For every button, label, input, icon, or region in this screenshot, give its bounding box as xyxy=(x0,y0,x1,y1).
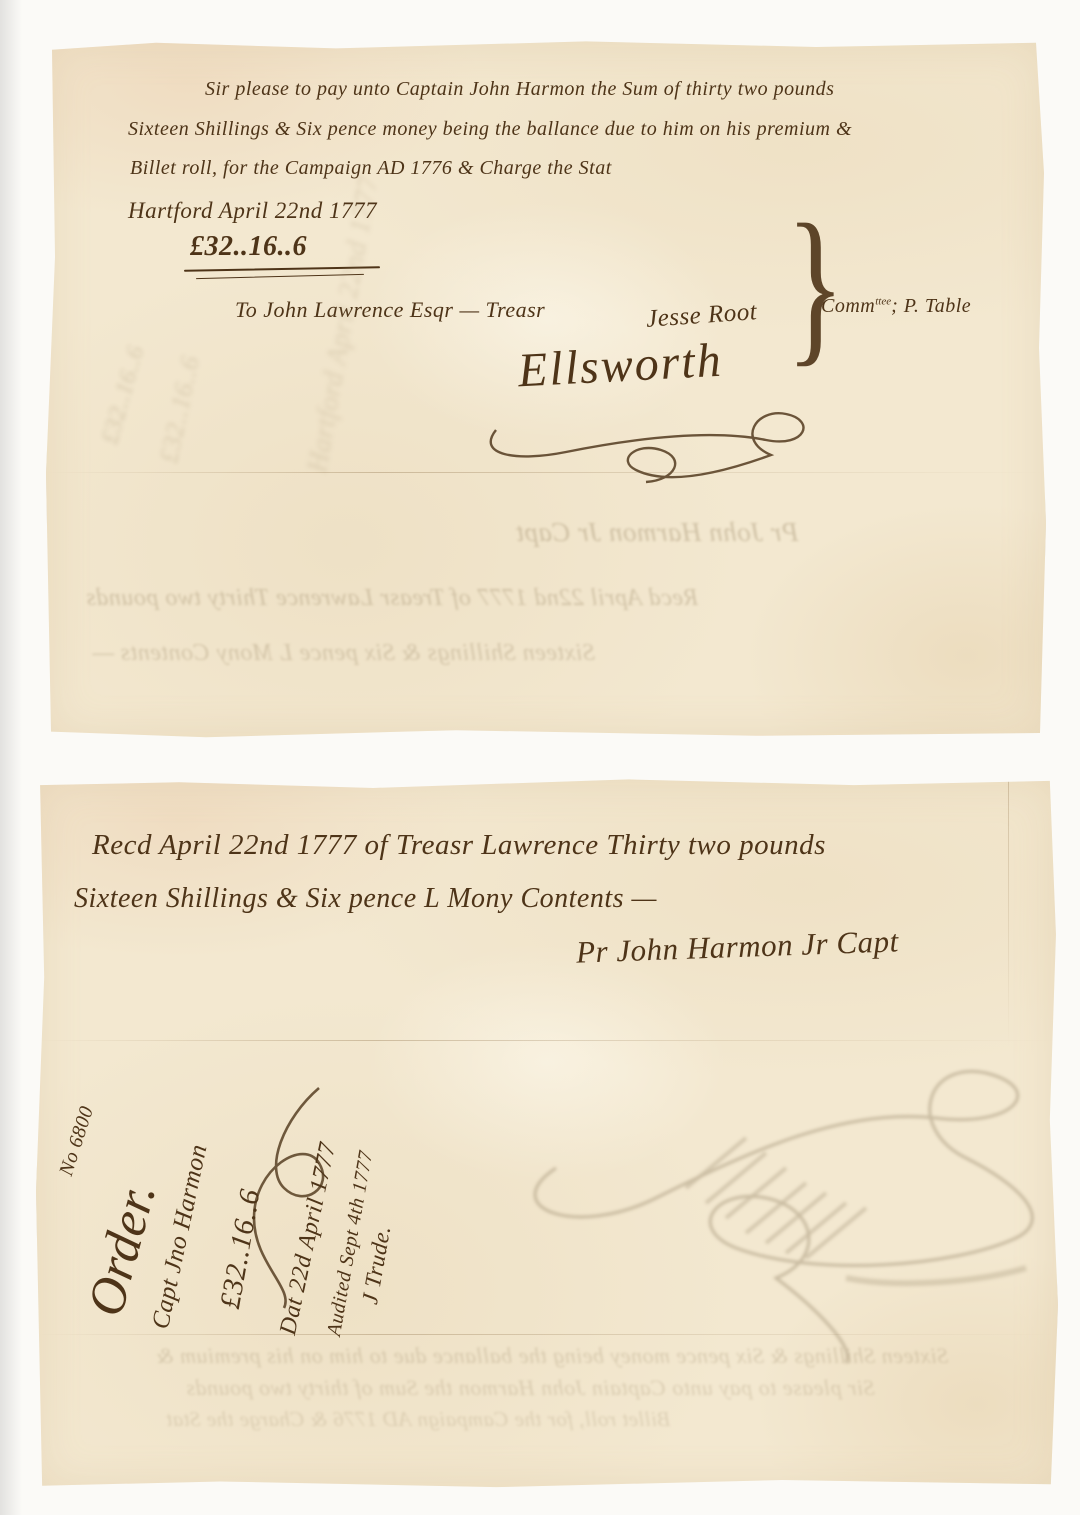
ghost-mirrored-line-2: Sir please to pay unto Captain John Harm… xyxy=(186,1376,875,1400)
signature-john-harmon: Pr John Harmon Jr Capt xyxy=(576,924,900,969)
ghost-flourish xyxy=(516,1048,1076,1368)
order-body-line-2: Sixteen Shillings & Six pence money bein… xyxy=(128,118,852,140)
fold-crease-upper xyxy=(36,1040,1058,1041)
order-place-date: Hartford April 22nd 1777 xyxy=(128,198,377,223)
docket-auditor-signature: J Trude. xyxy=(358,1224,394,1306)
ghost-mirrored-line-1: Recd April 22nd 1777 of Treasr Lawrence … xyxy=(86,585,698,611)
order-amount: £32..16..6 xyxy=(190,232,307,263)
ghost-figures-column-2: £32..16..6 xyxy=(156,353,204,465)
signature-jesse-root: Jesse Root xyxy=(645,298,758,333)
ghost-mirrored-line-1: Sixteen Shillings & Six pence money bein… xyxy=(156,1344,948,1368)
fold-crease xyxy=(46,472,1046,473)
edge-crease xyxy=(1008,778,1009,1048)
order-addressee: To John Lawrence Esqr — Treasr xyxy=(235,298,545,322)
ghost-mirrored-line-2: Sixteen Shillings & Six pence L Mony Con… xyxy=(92,640,595,666)
docket-flourish xyxy=(224,1078,344,1318)
ellsworth-flourish xyxy=(486,400,826,490)
committee-label: Commttee; P. Table xyxy=(821,295,971,317)
ghost-mirrored-signature: Pr John Harmon Jr Capt xyxy=(516,518,799,548)
ghost-figures-column-1: £32..16..6 xyxy=(98,343,149,447)
receipt-document: Recd April 22nd 1777 of Treasr Lawrence … xyxy=(36,778,1058,1490)
receipt-line-2: Sixteen Shillings & Six pence L Mony Con… xyxy=(74,884,657,915)
docket-payee-name: Capt Jno Harmon xyxy=(148,1142,212,1331)
ghost-mirrored-line-3: Billet roll, for the Campaign AD 1776 & … xyxy=(166,1408,670,1431)
scanner-edge-shadow xyxy=(0,0,22,1515)
committee-post: ; P. Table xyxy=(891,295,971,317)
fold-crease-lower xyxy=(36,1334,1058,1335)
signature-brace: } xyxy=(786,190,845,381)
pay-order-document: Sir please to pay unto Captain John Harm… xyxy=(46,40,1046,740)
signature-ellsworth: Ellsworth xyxy=(517,335,724,398)
receipt-line-1: Recd April 22nd 1777 of Treasr Lawrence … xyxy=(92,830,826,862)
docket-number: No 6800 xyxy=(56,1104,97,1179)
order-body-line-1: Sir please to pay unto Captain John Harm… xyxy=(205,78,834,100)
committee-pre: Comm xyxy=(821,295,875,317)
committee-sup: ttee xyxy=(875,295,891,307)
